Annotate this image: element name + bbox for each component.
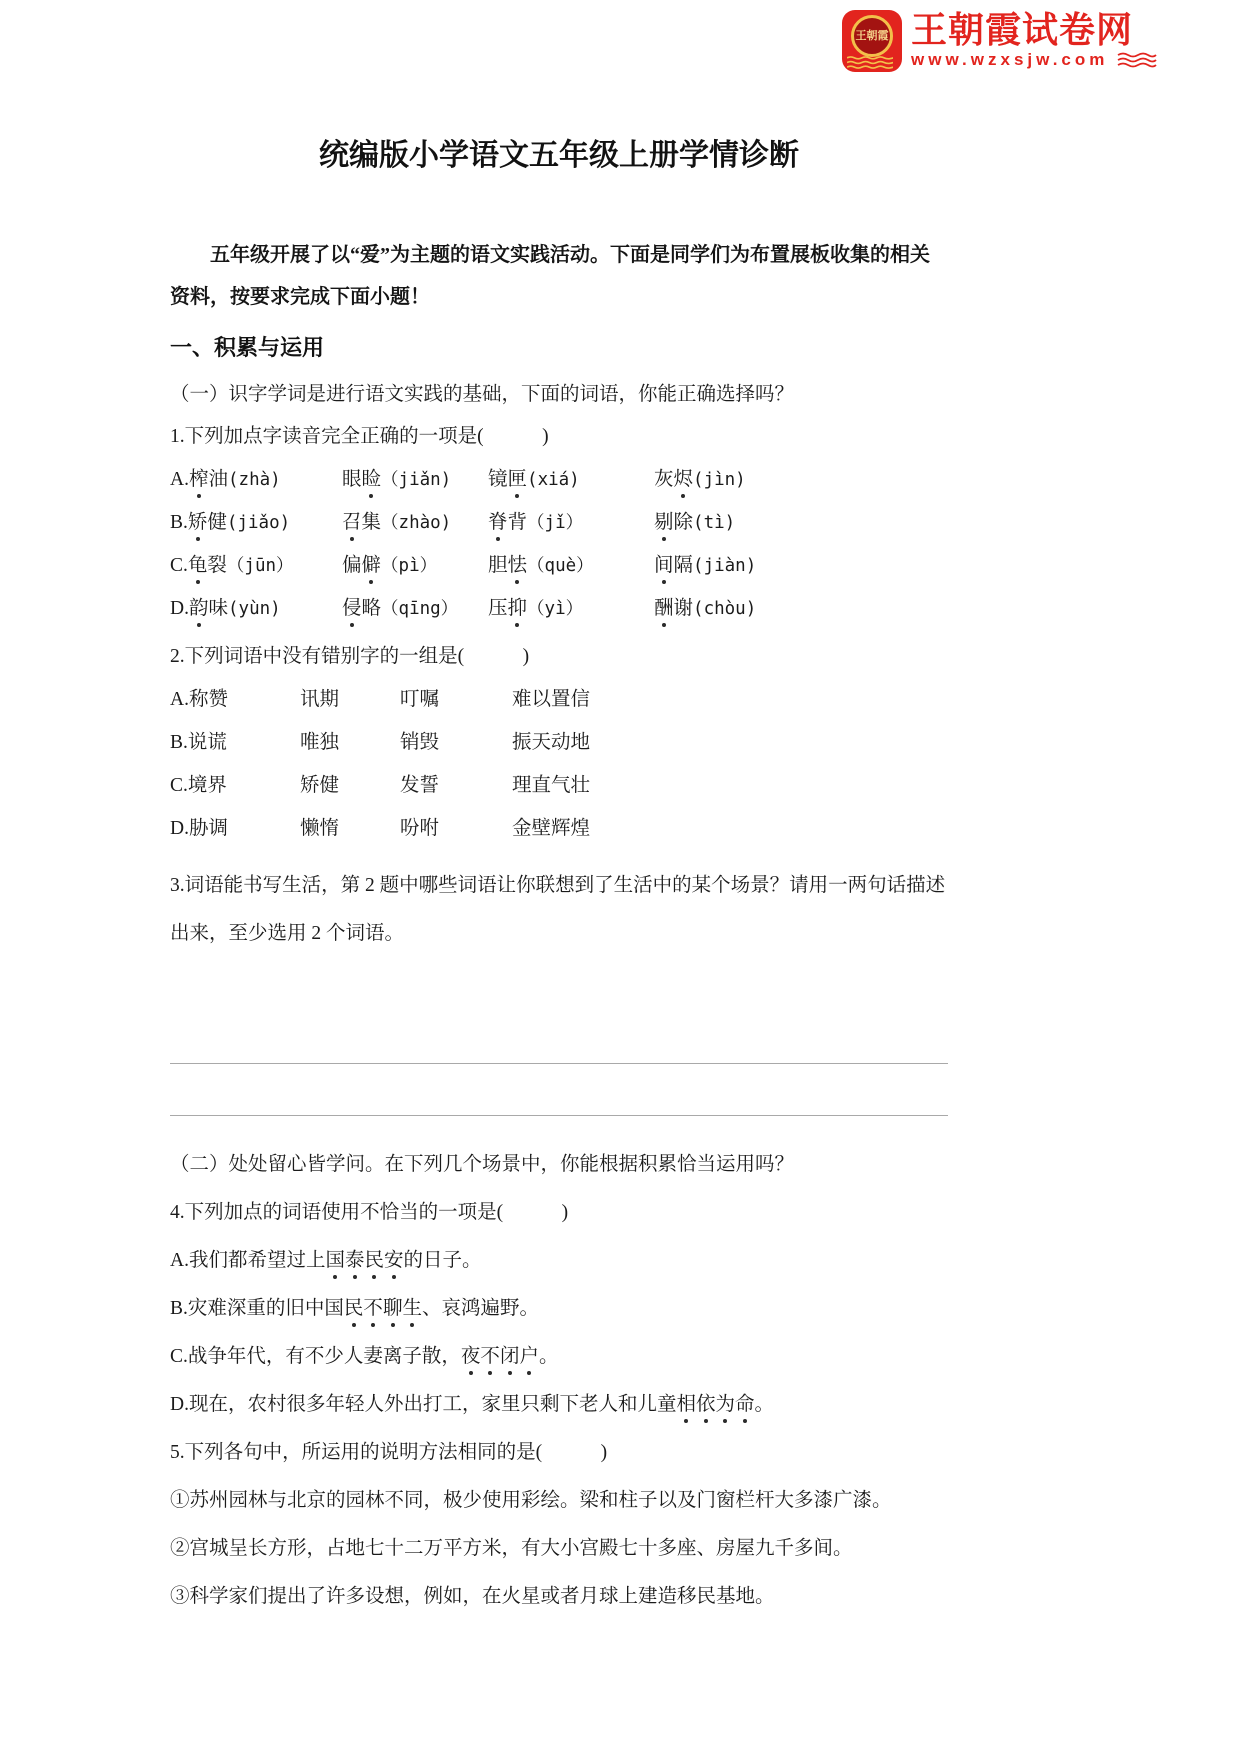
emphasis-dotted-char: 国 bbox=[325, 1250, 345, 1271]
question-4-stem: 4.下列加点的词语使用不恰当的一项是( ) bbox=[170, 1200, 948, 1226]
q1-option-cell: 压抑（yì） bbox=[488, 596, 654, 622]
emphasis-dotted-char: 榨 bbox=[189, 469, 209, 490]
q2-option-cell: 叮嘱 bbox=[400, 687, 512, 713]
pinyin: (chòu) bbox=[693, 599, 756, 619]
question-5-sentences: ①苏州园林与北京的园林不同，极少使用彩绘。梁和柱子以及门窗栏杆大多漆广漆。②宫城… bbox=[170, 1488, 948, 1610]
logo-red-waves-icon bbox=[1116, 51, 1158, 69]
emphasis-dotted-char: 睑 bbox=[362, 469, 382, 490]
option-label: C. bbox=[170, 1346, 188, 1367]
pinyin: （què） bbox=[527, 556, 594, 576]
pinyin: （qīng） bbox=[381, 599, 458, 619]
question-1-stem: 1.下列加点字读音完全正确的一项是( ) bbox=[170, 424, 948, 450]
q4-option-line: B.灾难深重的旧中国民不聊生、哀鸿遍野。 bbox=[170, 1296, 948, 1322]
emphasis-dotted-char: 聊 bbox=[383, 1298, 403, 1319]
q5-sentence: ①苏州园林与北京的园林不同，极少使用彩绘。梁和柱子以及门窗栏杆大多漆广漆。 bbox=[170, 1488, 948, 1514]
q2-option-cell: 金壁辉煌 bbox=[512, 816, 948, 842]
q2-option-cell: 讯期 bbox=[300, 687, 400, 713]
q2-option-cell: C.境界 bbox=[170, 773, 300, 799]
pinyin: （jūn） bbox=[227, 556, 294, 576]
q1-option-cell: 镜匣(xiá) bbox=[488, 467, 654, 493]
option-label: D. bbox=[170, 598, 189, 619]
option-label: D. bbox=[170, 818, 189, 839]
emphasis-dotted-char: 烬 bbox=[674, 469, 694, 490]
subsection-1-lead: （一）识字学词是进行语文实践的基础，下面的词语，你能正确选择吗？ bbox=[170, 382, 948, 408]
q1-option-cell: B.矫健(jiǎo) bbox=[170, 510, 342, 536]
answer-blank-line bbox=[170, 1115, 948, 1116]
page-title: 统编版小学语文五年级上册学情诊断 bbox=[170, 138, 948, 174]
q1-option-cell: 酬谢(chòu) bbox=[654, 596, 948, 622]
q2-option-cell: 难以置信 bbox=[512, 687, 948, 713]
q4-option-line: D.现在，农村很多年轻人外出打工，家里只剩下老人和儿童相依为命。 bbox=[170, 1392, 948, 1418]
q1-option-row: D.韵味(yùn)侵略（qīng）压抑（yì）酬谢(chòu) bbox=[170, 596, 948, 622]
pinyin: (zhà) bbox=[228, 470, 281, 490]
pinyin: （yì） bbox=[527, 599, 583, 619]
emphasis-dotted-char: 龟 bbox=[188, 555, 208, 576]
q1-option-cell: 偏僻（pì） bbox=[342, 553, 488, 579]
emphasis-dotted-char: 命 bbox=[735, 1394, 755, 1415]
q2-option-cell: 振天动地 bbox=[512, 730, 948, 756]
q1-option-cell: 胆怯（què） bbox=[488, 553, 654, 579]
q5-sentence: ③科学家们提出了许多设想，例如，在火星或者月球上建造移民基地。 bbox=[170, 1584, 948, 1610]
word: 侵略 bbox=[342, 598, 381, 619]
option-label: B. bbox=[170, 1298, 188, 1319]
word: 脊背 bbox=[488, 512, 527, 533]
option-label: A. bbox=[170, 1250, 189, 1271]
option-label: C. bbox=[170, 555, 188, 576]
q1-option-cell: C.龟裂（jūn） bbox=[170, 553, 342, 579]
pinyin: (jiǎo) bbox=[227, 513, 290, 533]
emphasis-dotted-char: 抑 bbox=[508, 598, 528, 619]
pinyin: (jiàn) bbox=[693, 556, 756, 576]
emphasis-dotted-char: 韵 bbox=[189, 598, 209, 619]
emphasis-dotted-char: 怯 bbox=[508, 555, 528, 576]
q2-option-cell: 唯独 bbox=[300, 730, 400, 756]
q1-option-row: A.榨油(zhà)眼睑（jiǎn)镜匣(xiá)灰烬(jìn) bbox=[170, 467, 948, 493]
option-label: B. bbox=[170, 732, 188, 753]
q1-option-cell: 脊背（jǐ） bbox=[488, 510, 654, 536]
question-5-stem: 5.下列各句中，所运用的说明方法相同的是( ) bbox=[170, 1440, 948, 1466]
q5-sentence: ②宫城呈长方形，占地七十二万平方米，有大小宫殿七十多座、房屋九千多间。 bbox=[170, 1536, 948, 1562]
emphasis-dotted-char: 侵 bbox=[342, 598, 362, 619]
q2-option-row: A.称赞讯期叮嘱难以置信 bbox=[170, 687, 948, 713]
word: 灰烬 bbox=[654, 469, 693, 490]
emphasis-dotted-char: 相 bbox=[676, 1394, 696, 1415]
q2-option-row: C.境界矫健发誓理直气壮 bbox=[170, 773, 948, 799]
q1-option-cell: A.榨油(zhà) bbox=[170, 467, 342, 493]
emphasis-dotted-char: 户 bbox=[519, 1346, 539, 1367]
emphasis-dotted-char: 民 bbox=[365, 1250, 385, 1271]
word: 召集 bbox=[342, 512, 381, 533]
q1-option-cell: 灰烬(jìn) bbox=[654, 467, 948, 493]
emphasis-dotted-char: 泰 bbox=[345, 1250, 365, 1271]
exam-page: 统编版小学语文五年级上册学情诊断 五年级开展了以“爱”为主题的语文实践活动。下面… bbox=[170, 0, 948, 1610]
emphasis-dotted-char: 夜 bbox=[461, 1346, 481, 1367]
subsection-2-lead: （二）处处留心皆学问。在下列几个场景中，你能根据积累恰当运用吗？ bbox=[170, 1152, 948, 1178]
word: 镜匣 bbox=[488, 469, 527, 490]
q2-option-cell: 矫健 bbox=[300, 773, 400, 799]
option-label: D. bbox=[170, 1394, 189, 1415]
question-1-options: A.榨油(zhà)眼睑（jiǎn)镜匣(xiá)灰烬(jìn)B.矫健(jiǎo… bbox=[170, 467, 948, 622]
option-label: C. bbox=[170, 775, 188, 796]
question-4-options: A.我们都希望过上国泰民安的日子。B.灾难深重的旧中国民不聊生、哀鸿遍野。C.战… bbox=[170, 1248, 948, 1418]
word: 龟裂 bbox=[188, 555, 227, 576]
q4-option-line: C.战争年代，有不少人妻离子散，夜不闭户。 bbox=[170, 1344, 948, 1370]
word: 韵味 bbox=[189, 598, 228, 619]
emphasis-dotted-char: 剔 bbox=[654, 512, 674, 533]
option-label: A. bbox=[170, 469, 189, 490]
option-label: B. bbox=[170, 512, 188, 533]
q1-option-cell: 召集（zhào) bbox=[342, 510, 488, 536]
q1-option-cell: D.韵味(yùn) bbox=[170, 596, 342, 622]
word: 酬谢 bbox=[654, 598, 693, 619]
question-3-stem: 3.词语能书写生活，第 2 题中哪些词语让你联想到了生活中的某个场景？请用一两句… bbox=[170, 862, 948, 958]
emphasis-dotted-char: 闭 bbox=[500, 1346, 520, 1367]
pinyin: (yùn) bbox=[228, 599, 281, 619]
pinyin: （zhào) bbox=[381, 513, 451, 533]
q2-option-cell: 发誓 bbox=[400, 773, 512, 799]
emphasis-dotted-char: 依 bbox=[696, 1394, 716, 1415]
pinyin: （jǐ） bbox=[527, 513, 583, 533]
q2-option-row: D.胁调懒惰吩咐金壁辉煌 bbox=[170, 816, 948, 842]
emphasis-dotted-char: 召 bbox=[342, 512, 362, 533]
pinyin: （jiǎn) bbox=[381, 470, 451, 490]
word: 矫健 bbox=[188, 512, 227, 533]
emphasis-dotted-char: 不 bbox=[363, 1298, 383, 1319]
answer-blank-line bbox=[170, 1063, 948, 1064]
section-1-heading: 一、积累与运用 bbox=[170, 334, 948, 362]
q2-option-cell: 销毁 bbox=[400, 730, 512, 756]
emphasis-dotted-char: 间 bbox=[654, 555, 674, 576]
q4-option-line: A.我们都希望过上国泰民安的日子。 bbox=[170, 1248, 948, 1274]
q2-option-cell: D.胁调 bbox=[170, 816, 300, 842]
word: 剔除 bbox=[654, 512, 693, 533]
q2-option-cell: B.说谎 bbox=[170, 730, 300, 756]
q1-option-cell: 眼睑（jiǎn) bbox=[342, 467, 488, 493]
q2-option-cell: A.称赞 bbox=[170, 687, 300, 713]
emphasis-dotted-char: 为 bbox=[716, 1394, 736, 1415]
word: 眼睑 bbox=[342, 469, 381, 490]
intro-paragraph: 五年级开展了以“爱”为主题的语文实践活动。下面是同学们为布置展板收集的相关资料，… bbox=[170, 234, 948, 318]
site-name: 王朝霞试卷网 bbox=[911, 10, 1158, 50]
word: 压抑 bbox=[488, 598, 527, 619]
q1-option-row: B.矫健(jiǎo)召集（zhào)脊背（jǐ）剔除(tì) bbox=[170, 510, 948, 536]
emphasis-dotted-char: 僻 bbox=[362, 555, 382, 576]
q2-option-cell: 理直气壮 bbox=[512, 773, 948, 799]
word: 间隔 bbox=[654, 555, 693, 576]
option-label: A. bbox=[170, 689, 189, 710]
emphasis-dotted-char: 民 bbox=[344, 1298, 364, 1319]
q2-option-cell: 懒惰 bbox=[300, 816, 400, 842]
q1-option-cell: 侵略（qīng） bbox=[342, 596, 488, 622]
q2-option-cell: 吩咐 bbox=[400, 816, 512, 842]
emphasis-dotted-char: 酬 bbox=[654, 598, 674, 619]
emphasis-dotted-char: 矫 bbox=[188, 512, 208, 533]
word: 胆怯 bbox=[488, 555, 527, 576]
pinyin: (xiá) bbox=[527, 470, 580, 490]
emphasis-dotted-char: 安 bbox=[384, 1250, 404, 1271]
emphasis-dotted-char: 不 bbox=[480, 1346, 500, 1367]
q2-option-row: B.说谎唯独销毁振天动地 bbox=[170, 730, 948, 756]
emphasis-dotted-char: 匣 bbox=[508, 469, 528, 490]
word: 榨油 bbox=[189, 469, 228, 490]
emphasis-dotted-char: 脊 bbox=[488, 512, 508, 533]
question-2-options: A.称赞讯期叮嘱难以置信B.说谎唯独销毁振天动地C.境界矫健发誓理直气壮D.胁调… bbox=[170, 687, 948, 842]
pinyin: (tì) bbox=[693, 513, 735, 533]
q1-option-cell: 间隔(jiàn) bbox=[654, 553, 948, 579]
question-2-stem: 2.下列词语中没有错别字的一组是( ) bbox=[170, 644, 948, 670]
pinyin: (jìn) bbox=[693, 470, 746, 490]
q1-option-cell: 剔除(tì) bbox=[654, 510, 948, 536]
q1-option-row: C.龟裂（jūn）偏僻（pì）胆怯（què）间隔(jiàn) bbox=[170, 553, 948, 579]
emphasis-dotted-char: 生 bbox=[402, 1298, 422, 1319]
word: 偏僻 bbox=[342, 555, 381, 576]
pinyin: （pì） bbox=[381, 556, 437, 576]
